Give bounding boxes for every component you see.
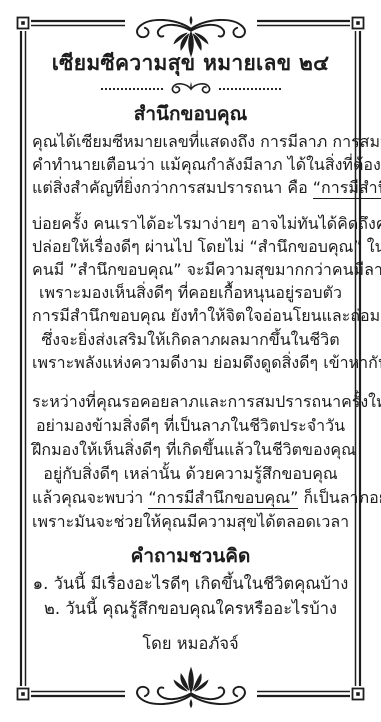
- body-line-text: แต่สิ่งสำคัญที่ยิ่งกว่าการสมปรารถนา คือ: [32, 178, 313, 197]
- underlined-phrase: “การมีสำนึกขอบคุณ”: [148, 488, 298, 509]
- question-item: ๑. วันนี้ มีเรื่องอะไรดีๆ เกิดขึ้นในชีวิ…: [32, 572, 349, 597]
- body-line: อยู่กับสิ่งดีๆ เหล่านั้น ด้วยความรู้สึกข…: [32, 462, 349, 486]
- dotted-rule-left: [101, 88, 163, 90]
- body-line: แต่สิ่งสำคัญที่ยิ่งกว่าการสมปรารถนา คือ …: [32, 176, 349, 199]
- body-line: ระหว่างที่คุณรอคอยลาภและการสมปรารถนาครั้…: [32, 390, 349, 414]
- body-line: บ่อยครั้ง คนเราได้อะไรมาง่ายๆ อาจไม่ทันไ…: [32, 212, 349, 235]
- paragraph-2: บ่อยครั้ง คนเราได้อะไรมาง่ายๆ อาจไม่ทันไ…: [32, 212, 349, 374]
- question-item: ๒. วันนี้ คุณรู้สึกขอบคุณใครหรืออะไรบ้าง: [32, 597, 349, 622]
- paragraph-3: ระหว่างที่คุณรอคอยลาภและการสมปรารถนาครั้…: [32, 390, 349, 534]
- body-line: คำทำนายเตือนว่า แม้คุณกำลังมีลาภ ได้ในสิ…: [32, 153, 349, 176]
- questions-list: ๑. วันนี้ มีเรื่องอะไรดีๆ เกิดขึ้นในชีวิ…: [32, 572, 349, 621]
- title-divider: [32, 79, 349, 97]
- body-line: เพราะพลังแห่งความดีงาม ย่อมดึงดูดสิ่งดีๆ…: [32, 351, 349, 374]
- page-title: เซียมซีความสุข หมายเลข ๒๔: [32, 48, 349, 78]
- body-line: เพราะมันจะช่วยให้คุณมีความสุขได้ตลอดเวลา: [32, 510, 349, 534]
- card-content: เซียมซีความสุข หมายเลข ๒๔ สำนึกขอบคุณ ค: [32, 0, 349, 655]
- body-line: แล้วคุณจะพบว่า “การมีสำนึกขอบคุณ” ก็เป็น…: [32, 486, 349, 510]
- body-line: คุณได้เซียมซีหมายเลขที่แสดงถึง การมีลาภ …: [32, 130, 349, 153]
- body-line-text: แล้วคุณจะพบว่า: [32, 488, 148, 507]
- scroll-ornament-icon: [168, 79, 214, 97]
- paragraph-1: คุณได้เซียมซีหมายเลขที่แสดงถึง การมีลาภ …: [32, 130, 349, 200]
- byline: โดย หมอภัจจ์: [32, 633, 349, 655]
- section-heading: สำนึกขอบคุณ: [32, 101, 349, 127]
- body-line-text: ก็เป็นลาภอย่างหนึ่ง: [298, 488, 381, 507]
- body-line: เพราะมองเห็นสิ่งดีๆ ที่คอยเกื้อหนุนอยู่ร…: [32, 281, 349, 304]
- dotted-rule-right: [219, 88, 281, 90]
- underlined-phrase: “การมีสำนึกขอบคุณ”: [313, 178, 381, 199]
- body-line: ซึ่งจะยิ่งส่งเสริมให้เกิดลาภผลมากขึ้นในช…: [32, 328, 349, 351]
- body-line: ปล่อยให้เรื่องดีๆ ผ่านไป โดยไม่ “สำนึกขอ…: [32, 235, 349, 258]
- bottom-flourish-icon: [125, 662, 257, 710]
- body-line: คนมี ”สำนึกขอบคุณ” จะมีความสุขมากกว่าคนม…: [32, 258, 349, 281]
- body-line: อย่ามองข้ามสิ่งดีๆ ที่เป็นลาภในชีวิตประจ…: [32, 414, 349, 438]
- body-line: ฝึกมองให้เห็นสิ่งดีๆ ที่เกิดขึ้นแล้วในชี…: [32, 438, 349, 462]
- fortune-card: เซียมซีความสุข หมายเลข ๒๔ สำนึกขอบคุณ ค: [0, 0, 381, 722]
- questions-heading: คำถามชวนคิด: [32, 543, 349, 569]
- body-line: การมีสำนึกขอบคุณ ยังทำให้จิตใจอ่อนโยนและ…: [32, 304, 349, 327]
